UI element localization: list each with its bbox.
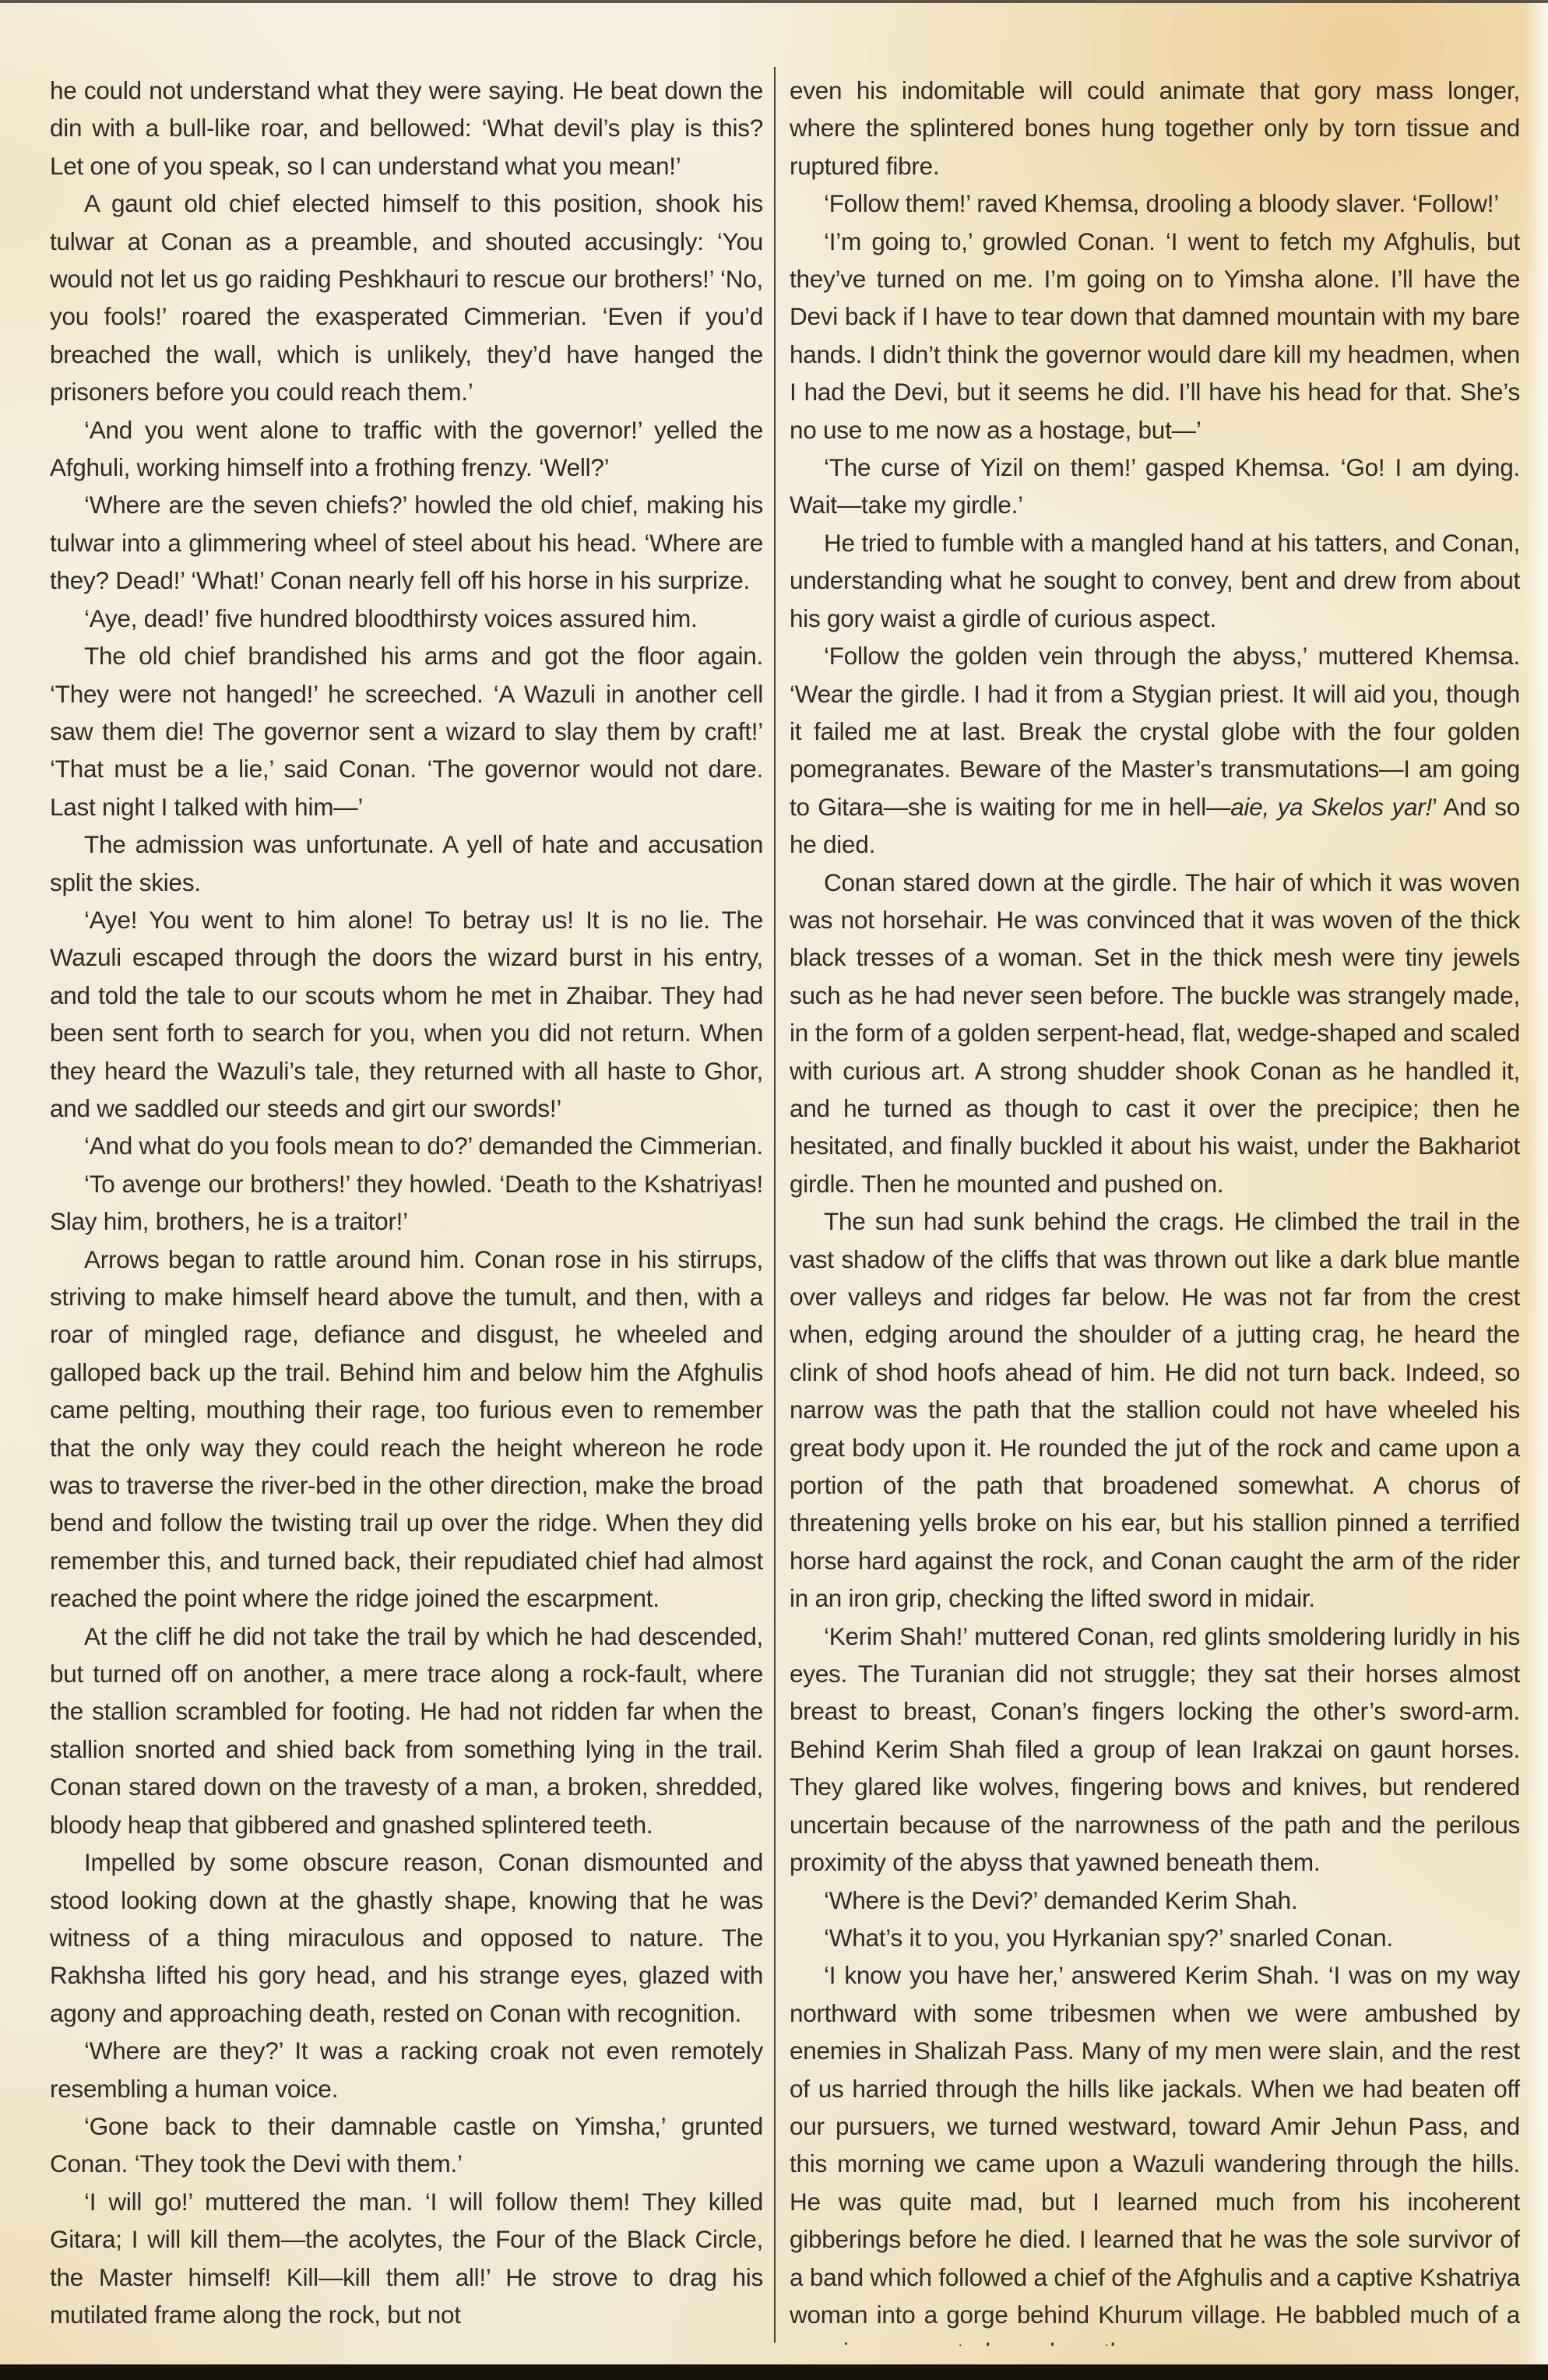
paragraph: ‘Aye! You went to him alone! To betray u… bbox=[50, 901, 763, 1127]
page-right-edge bbox=[1525, 0, 1548, 2380]
scan-top-edge bbox=[0, 0, 1548, 3]
paragraph: ‘I’m going to,’ growled Conan. ‘I went t… bbox=[790, 223, 1520, 449]
paragraph: ‘And you went alone to traffic with the … bbox=[50, 411, 763, 487]
scan-bottom-edge bbox=[0, 2364, 1548, 2380]
paragraph: Impelled by some obscure reason, Conan d… bbox=[50, 1843, 763, 2032]
paragraph: ‘Follow the golden vein through the abys… bbox=[790, 637, 1520, 863]
paragraph: ‘I know you have her,’ answered Kerim Sh… bbox=[790, 1956, 1520, 2346]
paragraph: he could not understand what they were s… bbox=[50, 72, 763, 185]
paragraph: ‘Where is the Devi?’ demanded Kerim Shah… bbox=[790, 1882, 1520, 1919]
paragraph: ‘And what do you fools mean to do?’ dema… bbox=[50, 1127, 763, 1164]
paragraph: A gaunt old chief elected himself to thi… bbox=[50, 185, 763, 410]
paragraph: ‘I will go!’ muttered the man. ‘I will f… bbox=[50, 2183, 763, 2334]
paragraph: He tried to fumble with a mangled hand a… bbox=[790, 524, 1520, 637]
paragraph: The admission was unfortunate. A yell of… bbox=[50, 826, 763, 901]
paragraph: ‘Aye, dead!’ five hundred bloodthirsty v… bbox=[50, 600, 763, 637]
paragraph: ‘To avenge our brothers!’ they howled. ‘… bbox=[50, 1165, 763, 1241]
paragraph: ‘Where are the seven chiefs?’ howled the… bbox=[50, 486, 763, 599]
paragraph: ‘Where are they?’ It was a racking croak… bbox=[50, 2032, 763, 2107]
paragraph: The old chief brandished his arms and go… bbox=[50, 637, 763, 826]
paragraph: ‘Follow them!’ raved Khemsa, drooling a … bbox=[790, 185, 1520, 222]
column-divider-rule bbox=[774, 67, 776, 2343]
text-column-right: even his indomitable will could animate … bbox=[790, 72, 1520, 2346]
paragraph: ‘Kerim Shah!’ muttered Conan, red glints… bbox=[790, 1618, 1520, 1882]
paragraph: Conan stared down at the girdle. The hai… bbox=[790, 864, 1520, 1203]
book-page: he could not understand what they were s… bbox=[0, 0, 1548, 2380]
paragraph: Arrows began to rattle around him. Conan… bbox=[50, 1241, 763, 1618]
paragraph: The sun had sunk behind the crags. He cl… bbox=[790, 1202, 1520, 1617]
paragraph: ‘Gone back to their damnable castle on Y… bbox=[50, 2107, 763, 2183]
paragraph: ‘What’s it to you, you Hyrkanian spy?’ s… bbox=[790, 1919, 1520, 1956]
paragraph: even his indomitable will could animate … bbox=[790, 72, 1520, 185]
text-column-left: he could not understand what they were s… bbox=[50, 72, 763, 2346]
italic-phrase: aie, ya Skelos yar! bbox=[1230, 793, 1432, 821]
paragraph: At the cliff he did not take the trail b… bbox=[50, 1618, 763, 1843]
paragraph: ‘The curse of Yizil on them!’ gasped Khe… bbox=[790, 449, 1520, 524]
